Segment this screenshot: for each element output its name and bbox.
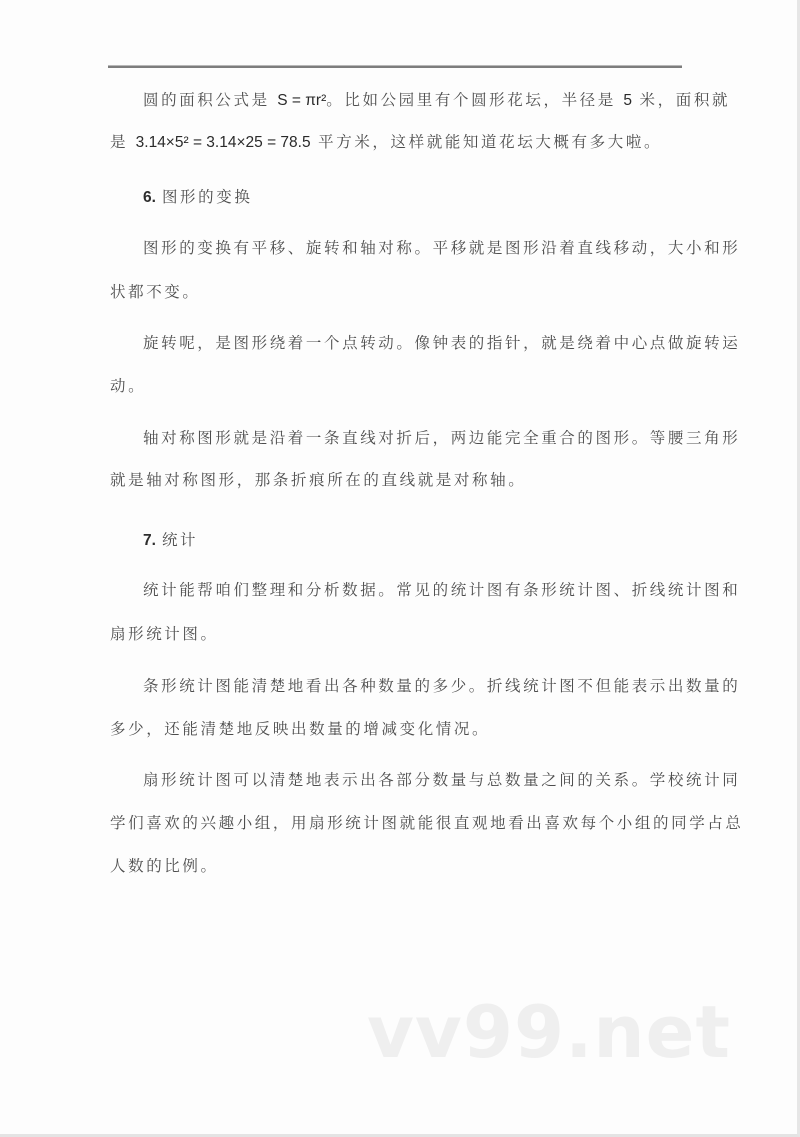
section-number: 7. bbox=[143, 532, 156, 549]
text-run: 圆的面积公式是 bbox=[143, 91, 277, 109]
section-title: 统计 bbox=[162, 531, 198, 549]
watermark: vv99.net bbox=[367, 992, 731, 1072]
text-run: 是 bbox=[110, 133, 136, 151]
paragraph-line: 扇形统计图。 bbox=[110, 624, 682, 644]
section-heading: 7.统计 bbox=[143, 530, 198, 551]
paragraph-line: 图形的变换有平移、旋转和轴对称。平移就是图形沿着直线移动，大小和形 bbox=[143, 238, 715, 258]
text-run: 平方米，这样就能知道花坛大概有多大啦。 bbox=[311, 133, 662, 151]
paragraph-line: 圆的面积公式是 S = πr²。比如公园里有个圆形花坛，半径是 5 米，面积就 bbox=[143, 90, 715, 111]
section-number: 6. bbox=[143, 189, 156, 206]
paragraph-line: 条形统计图能清楚地看出各种数量的多少。折线统计图不但能表示出数量的 bbox=[143, 676, 715, 696]
paragraph-line: 轴对称图形就是沿着一条直线对折后，两边能完全重合的图形。等腰三角形 bbox=[143, 428, 715, 448]
paragraph-line: 状都不变。 bbox=[110, 282, 682, 302]
text-run: 。比如公园里有个圆形花坛，半径是 bbox=[326, 91, 623, 109]
paragraph-line: 多少，还能清楚地反映出数量的增减变化情况。 bbox=[110, 719, 682, 739]
paragraph-line: 扇形统计图可以清楚地表示出各部分数量与总数量之间的关系。学校统计同 bbox=[143, 770, 715, 790]
paragraph-line: 人数的比例。 bbox=[110, 856, 682, 876]
header-rule bbox=[108, 65, 682, 68]
paragraph-line: 就是轴对称图形，那条折痕所在的直线就是对称轴。 bbox=[110, 470, 682, 490]
paragraph-line: 旋转呢，是图形绕着一个点转动。像钟表的指针，就是绕着中心点做旋转运 bbox=[143, 333, 715, 353]
paragraph-line: 动。 bbox=[110, 376, 682, 396]
paragraph-line: 是 3.14×5² = 3.14×25 = 78.5 平方米，这样就能知道花坛大… bbox=[110, 132, 682, 153]
section-heading: 6.图形的变换 bbox=[143, 187, 252, 208]
text-run: 米，面积就 bbox=[632, 91, 730, 109]
document-page: 圆的面积公式是 S = πr²。比如公园里有个圆形花坛，半径是 5 米，面积就 … bbox=[0, 0, 800, 1137]
section-title: 图形的变换 bbox=[162, 188, 253, 206]
formula: S = πr² bbox=[277, 92, 326, 109]
paragraph-line: 学们喜欢的兴趣小组，用扇形统计图就能很直观地看出喜欢每个小组的同学占总 bbox=[110, 813, 682, 833]
formula: 3.14×5² = 3.14×25 = 78.5 bbox=[136, 134, 311, 151]
paragraph-line: 统计能帮咱们整理和分析数据。常见的统计图有条形统计图、折线统计图和 bbox=[143, 580, 715, 600]
number: 5 bbox=[623, 92, 632, 109]
